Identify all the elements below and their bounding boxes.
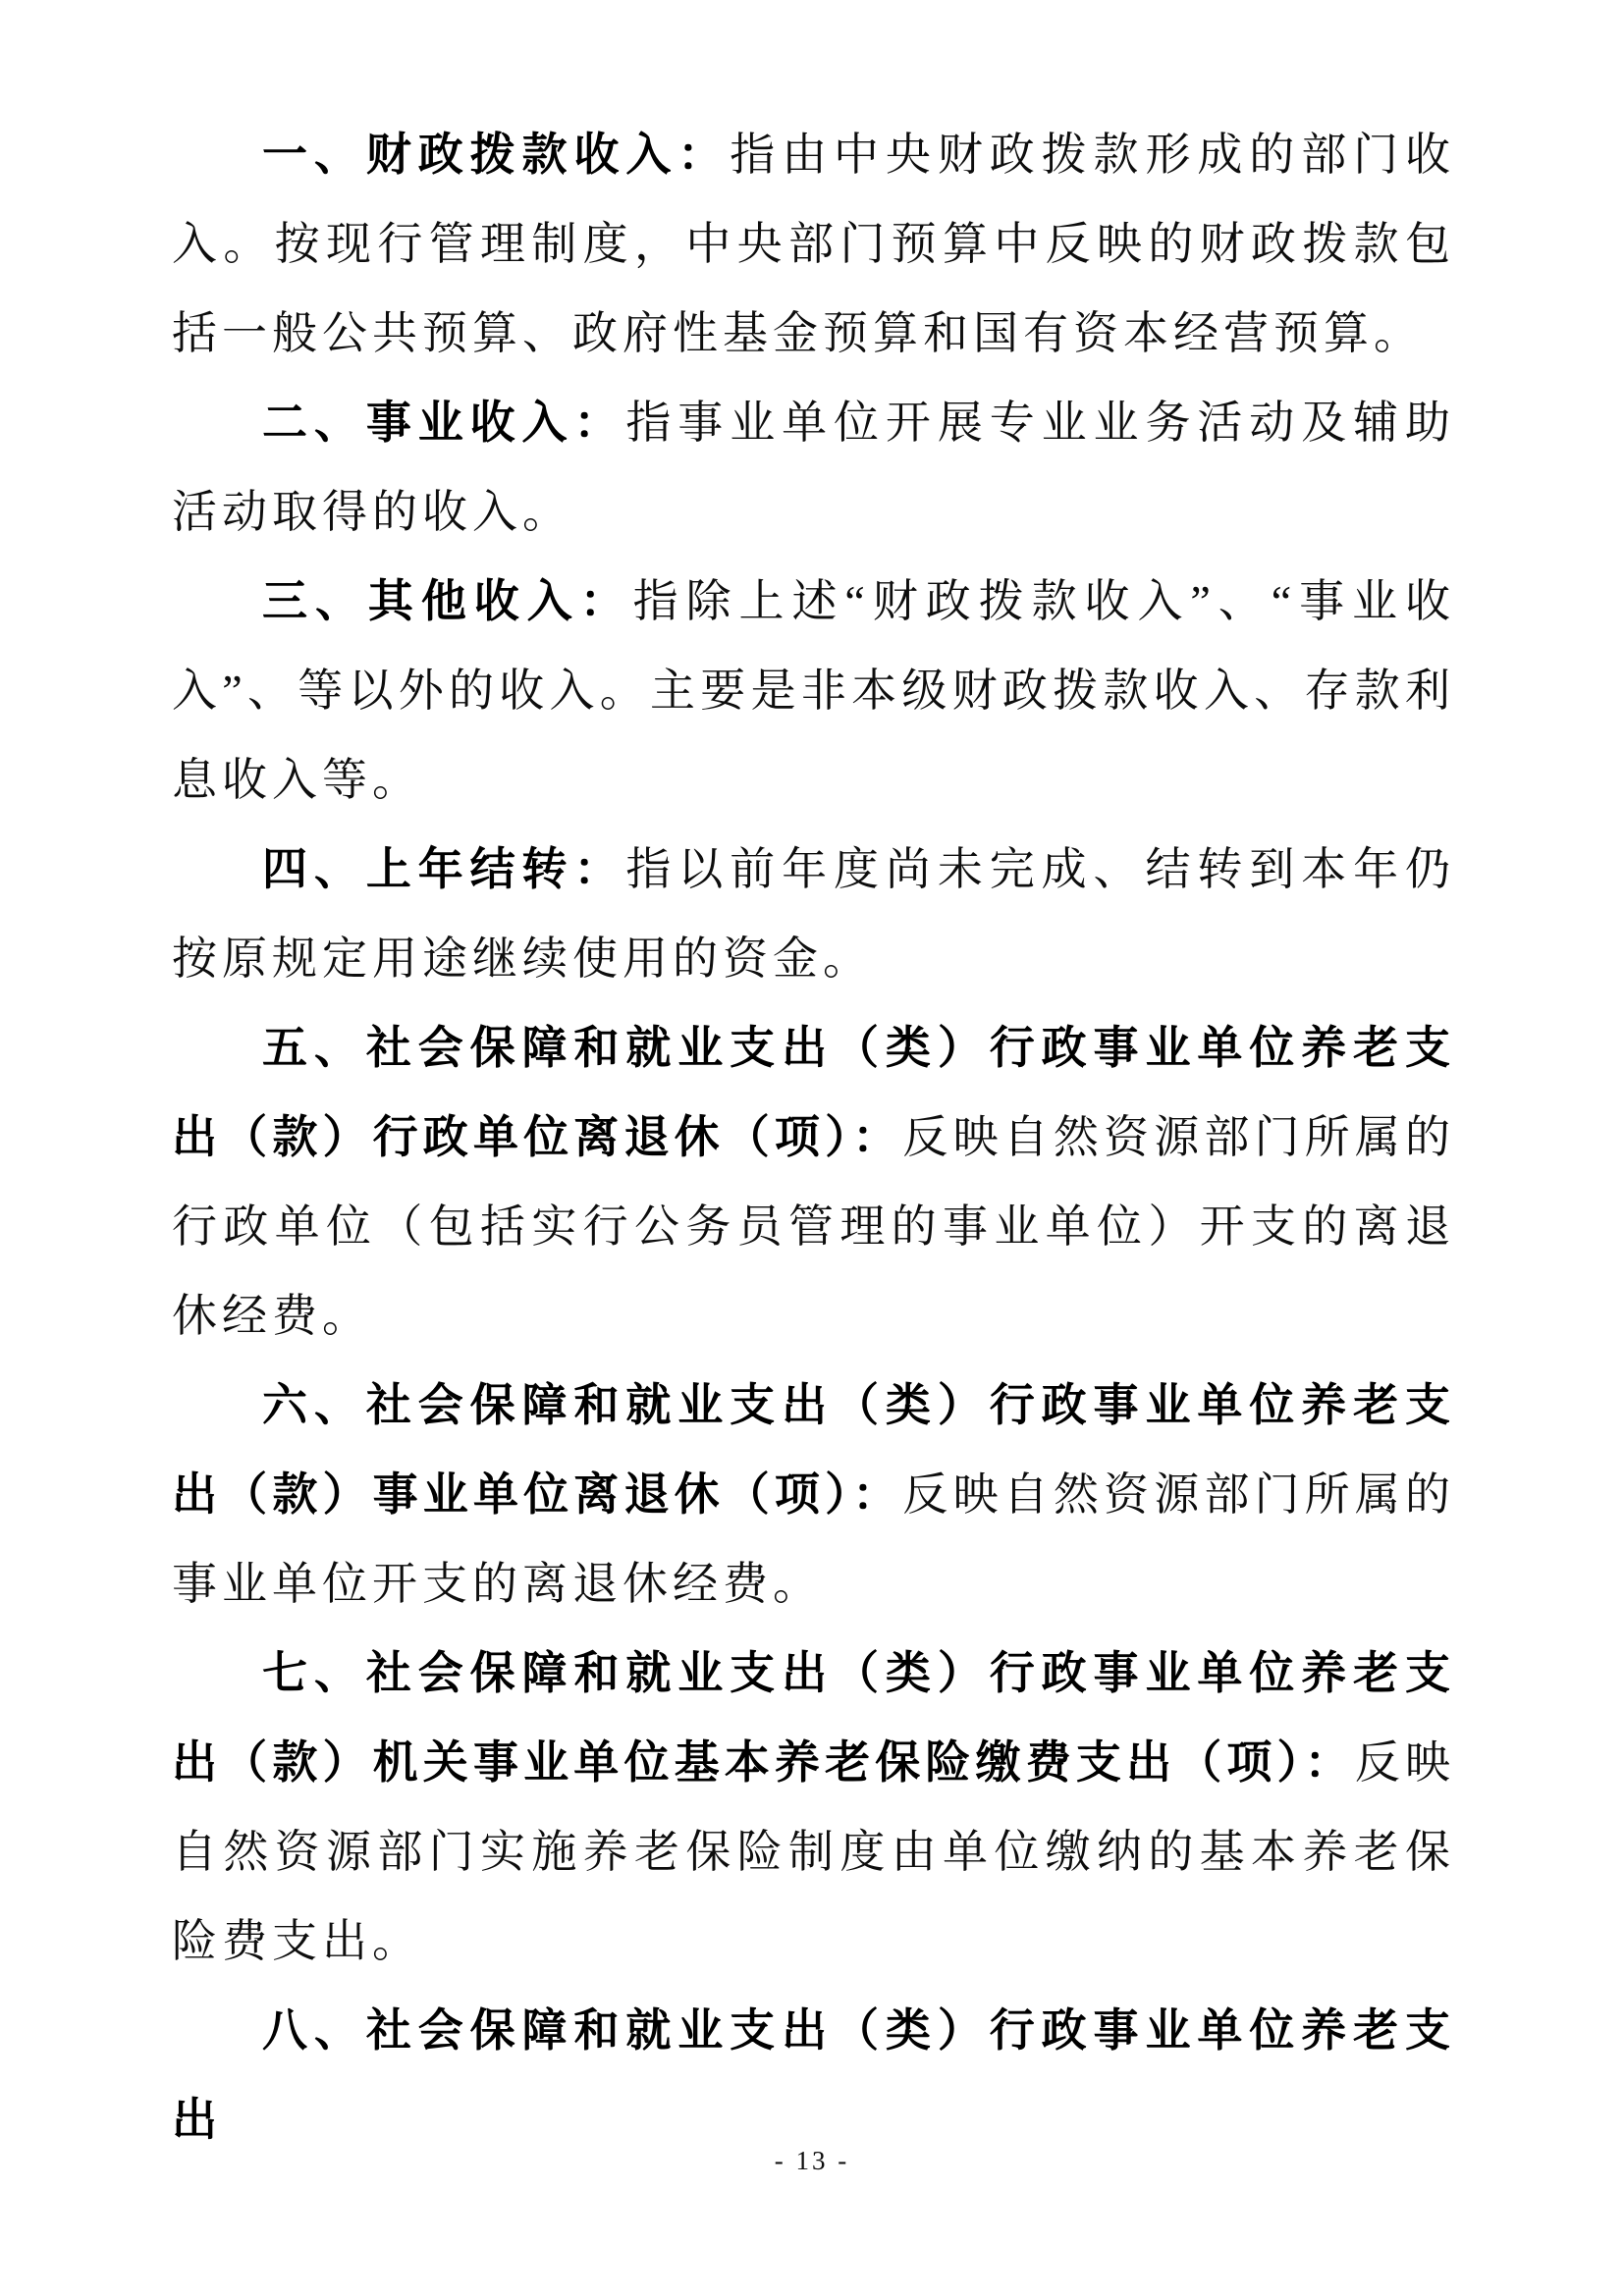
paragraph-lead: 四、上年结转： [262, 843, 625, 894]
paragraph: 八、社会保障和就业支出（类）行政事业单位养老支出 [172, 1986, 1455, 2164]
document-body: 一、财政拨款收入：指由中央财政拨款形成的部门收入。按现行管理制度，中央部门预算中… [172, 110, 1455, 2164]
page-number: - 13 - [0, 2146, 1624, 2176]
paragraph: 七、社会保障和就业支出（类）行政事业单位养老支出（款）机关事业单位基本养老保险缴… [172, 1629, 1455, 1986]
paragraph: 一、财政拨款收入：指由中央财政拨款形成的部门收入。按现行管理制度，中央部门预算中… [172, 110, 1455, 378]
paragraph: 二、事业收入：指事业单位开展专业业务活动及辅助活动取得的收入。 [172, 378, 1455, 557]
paragraph-lead: 七、社会保障和就业支出（类）行政事业单位养老支出（款）机关事业单位基本养老保险缴… [172, 1647, 1455, 1788]
paragraph: 四、上年结转：指以前年度尚未完成、结转到本年仍按原规定用途继续使用的资金。 [172, 825, 1455, 1003]
paragraph: 三、其他收入：指除上述“财政拨款收入”、“事业收入”、等以外的收入。主要是非本级… [172, 557, 1455, 825]
document-page: 一、财政拨款收入：指由中央财政拨款形成的部门收入。按现行管理制度，中央部门预算中… [0, 0, 1624, 2296]
paragraph-lead: 八、社会保障和就业支出（类）行政事业单位养老支出 [172, 2004, 1455, 2145]
paragraph-lead: 一、财政拨款收入： [262, 129, 730, 180]
paragraph-lead: 二、事业收入： [262, 397, 625, 448]
paragraph: 六、社会保障和就业支出（类）行政事业单位养老支出（款）事业单位离退休（项）：反映… [172, 1361, 1455, 1629]
paragraph-lead: 三、其他收入： [262, 575, 633, 626]
paragraph: 五、社会保障和就业支出（类）行政事业单位养老支出（款）行政单位离退休（项）：反映… [172, 1003, 1455, 1361]
